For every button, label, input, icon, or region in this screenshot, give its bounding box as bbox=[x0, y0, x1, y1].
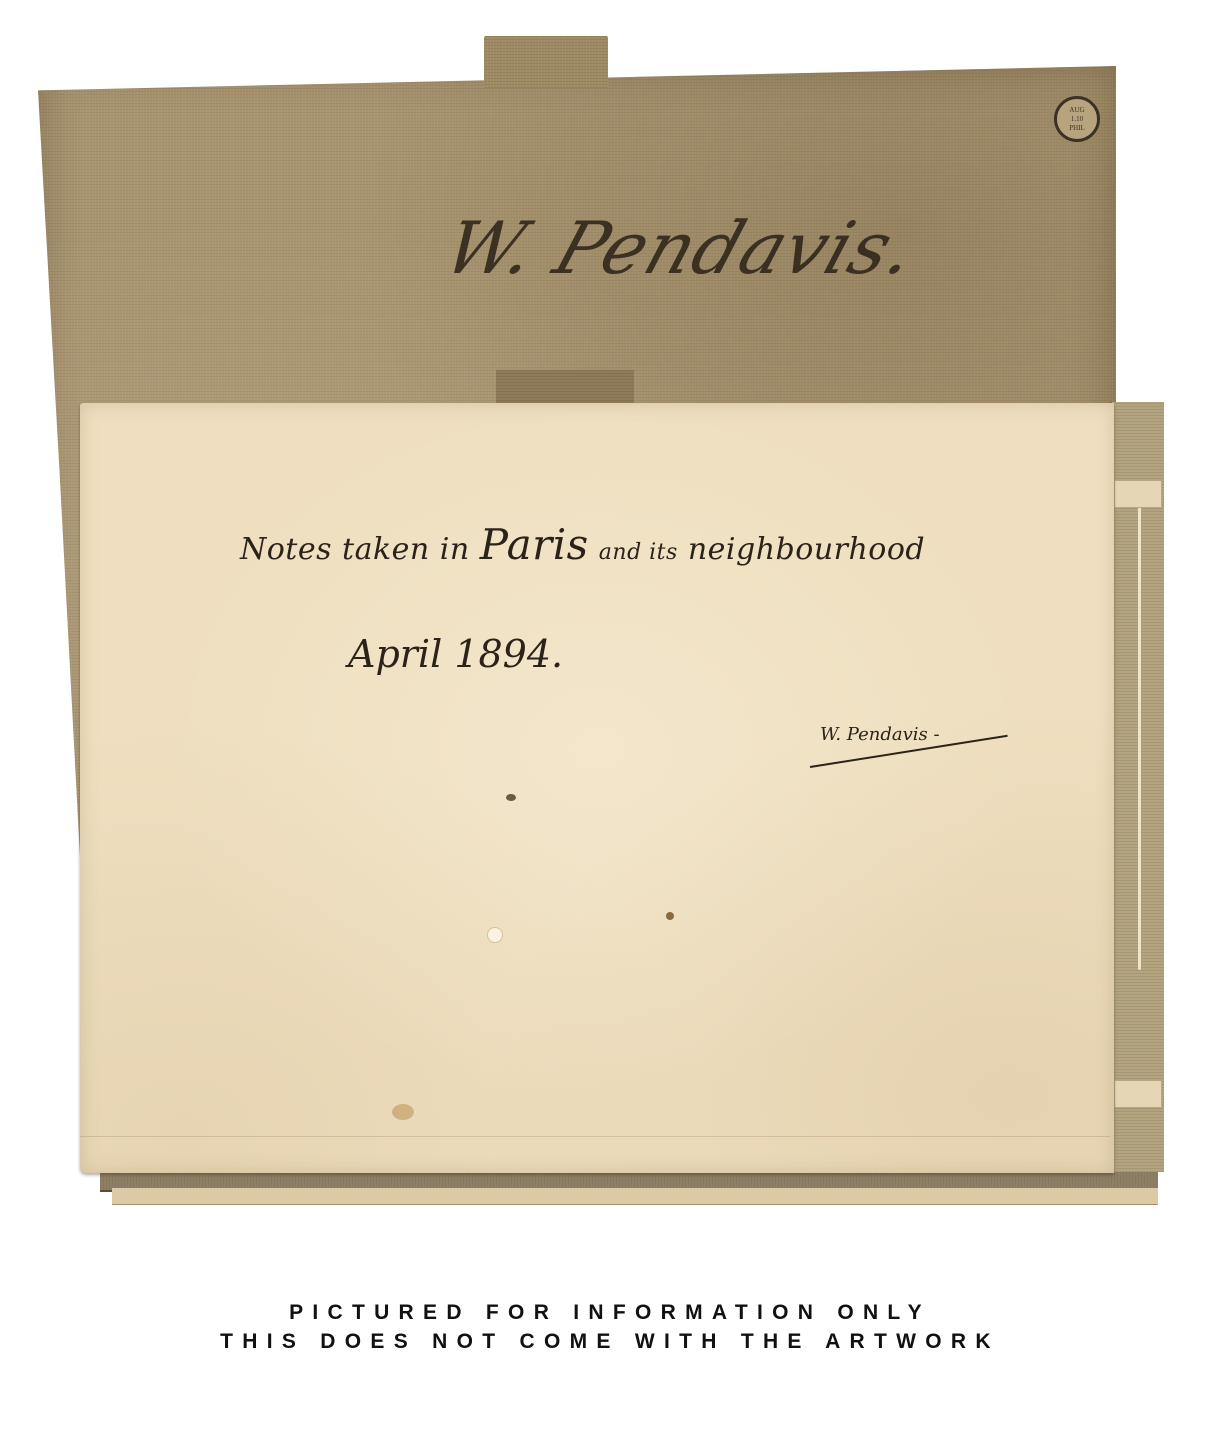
page-signature: W. Pendavis - bbox=[820, 724, 940, 745]
binding-thread bbox=[1138, 500, 1141, 970]
stamp-line-3: PHIL bbox=[1057, 124, 1097, 133]
cover-inscription: W. Pendavis. bbox=[434, 206, 901, 290]
title-part-paris: Paris bbox=[480, 520, 589, 569]
library-stamp: AUG 1.10 PHIL bbox=[1054, 96, 1100, 142]
board-layer-paper bbox=[112, 1188, 1158, 1205]
caption-line-1: PICTURED FOR INFORMATION ONLY bbox=[0, 1298, 1211, 1327]
stain-spot bbox=[392, 1104, 414, 1120]
title-part-notes: Notes taken in bbox=[240, 532, 470, 567]
title-part-and-its: and its bbox=[599, 540, 678, 565]
stamp-line-1: AUG bbox=[1057, 106, 1097, 115]
book-spine bbox=[1110, 402, 1164, 1172]
title-date: April 1894. bbox=[348, 632, 563, 676]
spine-band-bottom bbox=[1114, 1080, 1162, 1108]
stamp-line-2: 1.10 bbox=[1057, 115, 1097, 124]
title-line: Notes taken in Paris and its neighbourho… bbox=[240, 520, 925, 569]
spine-band-top bbox=[1114, 480, 1162, 508]
caption-line-2: THIS DOES NOT COME WITH THE ARTWORK bbox=[0, 1327, 1211, 1356]
disclaimer-caption: PICTURED FOR INFORMATION ONLY THIS DOES … bbox=[0, 1298, 1211, 1356]
title-page bbox=[80, 403, 1114, 1173]
foxing-spot bbox=[666, 912, 674, 920]
page-fold-line bbox=[80, 1136, 1110, 1137]
pinhole bbox=[488, 928, 502, 942]
ink-spot bbox=[506, 794, 516, 801]
cover-tab-top bbox=[484, 36, 608, 88]
title-part-neighbourhood: neighbourhood bbox=[688, 532, 925, 567]
cover-strap bbox=[496, 370, 634, 404]
